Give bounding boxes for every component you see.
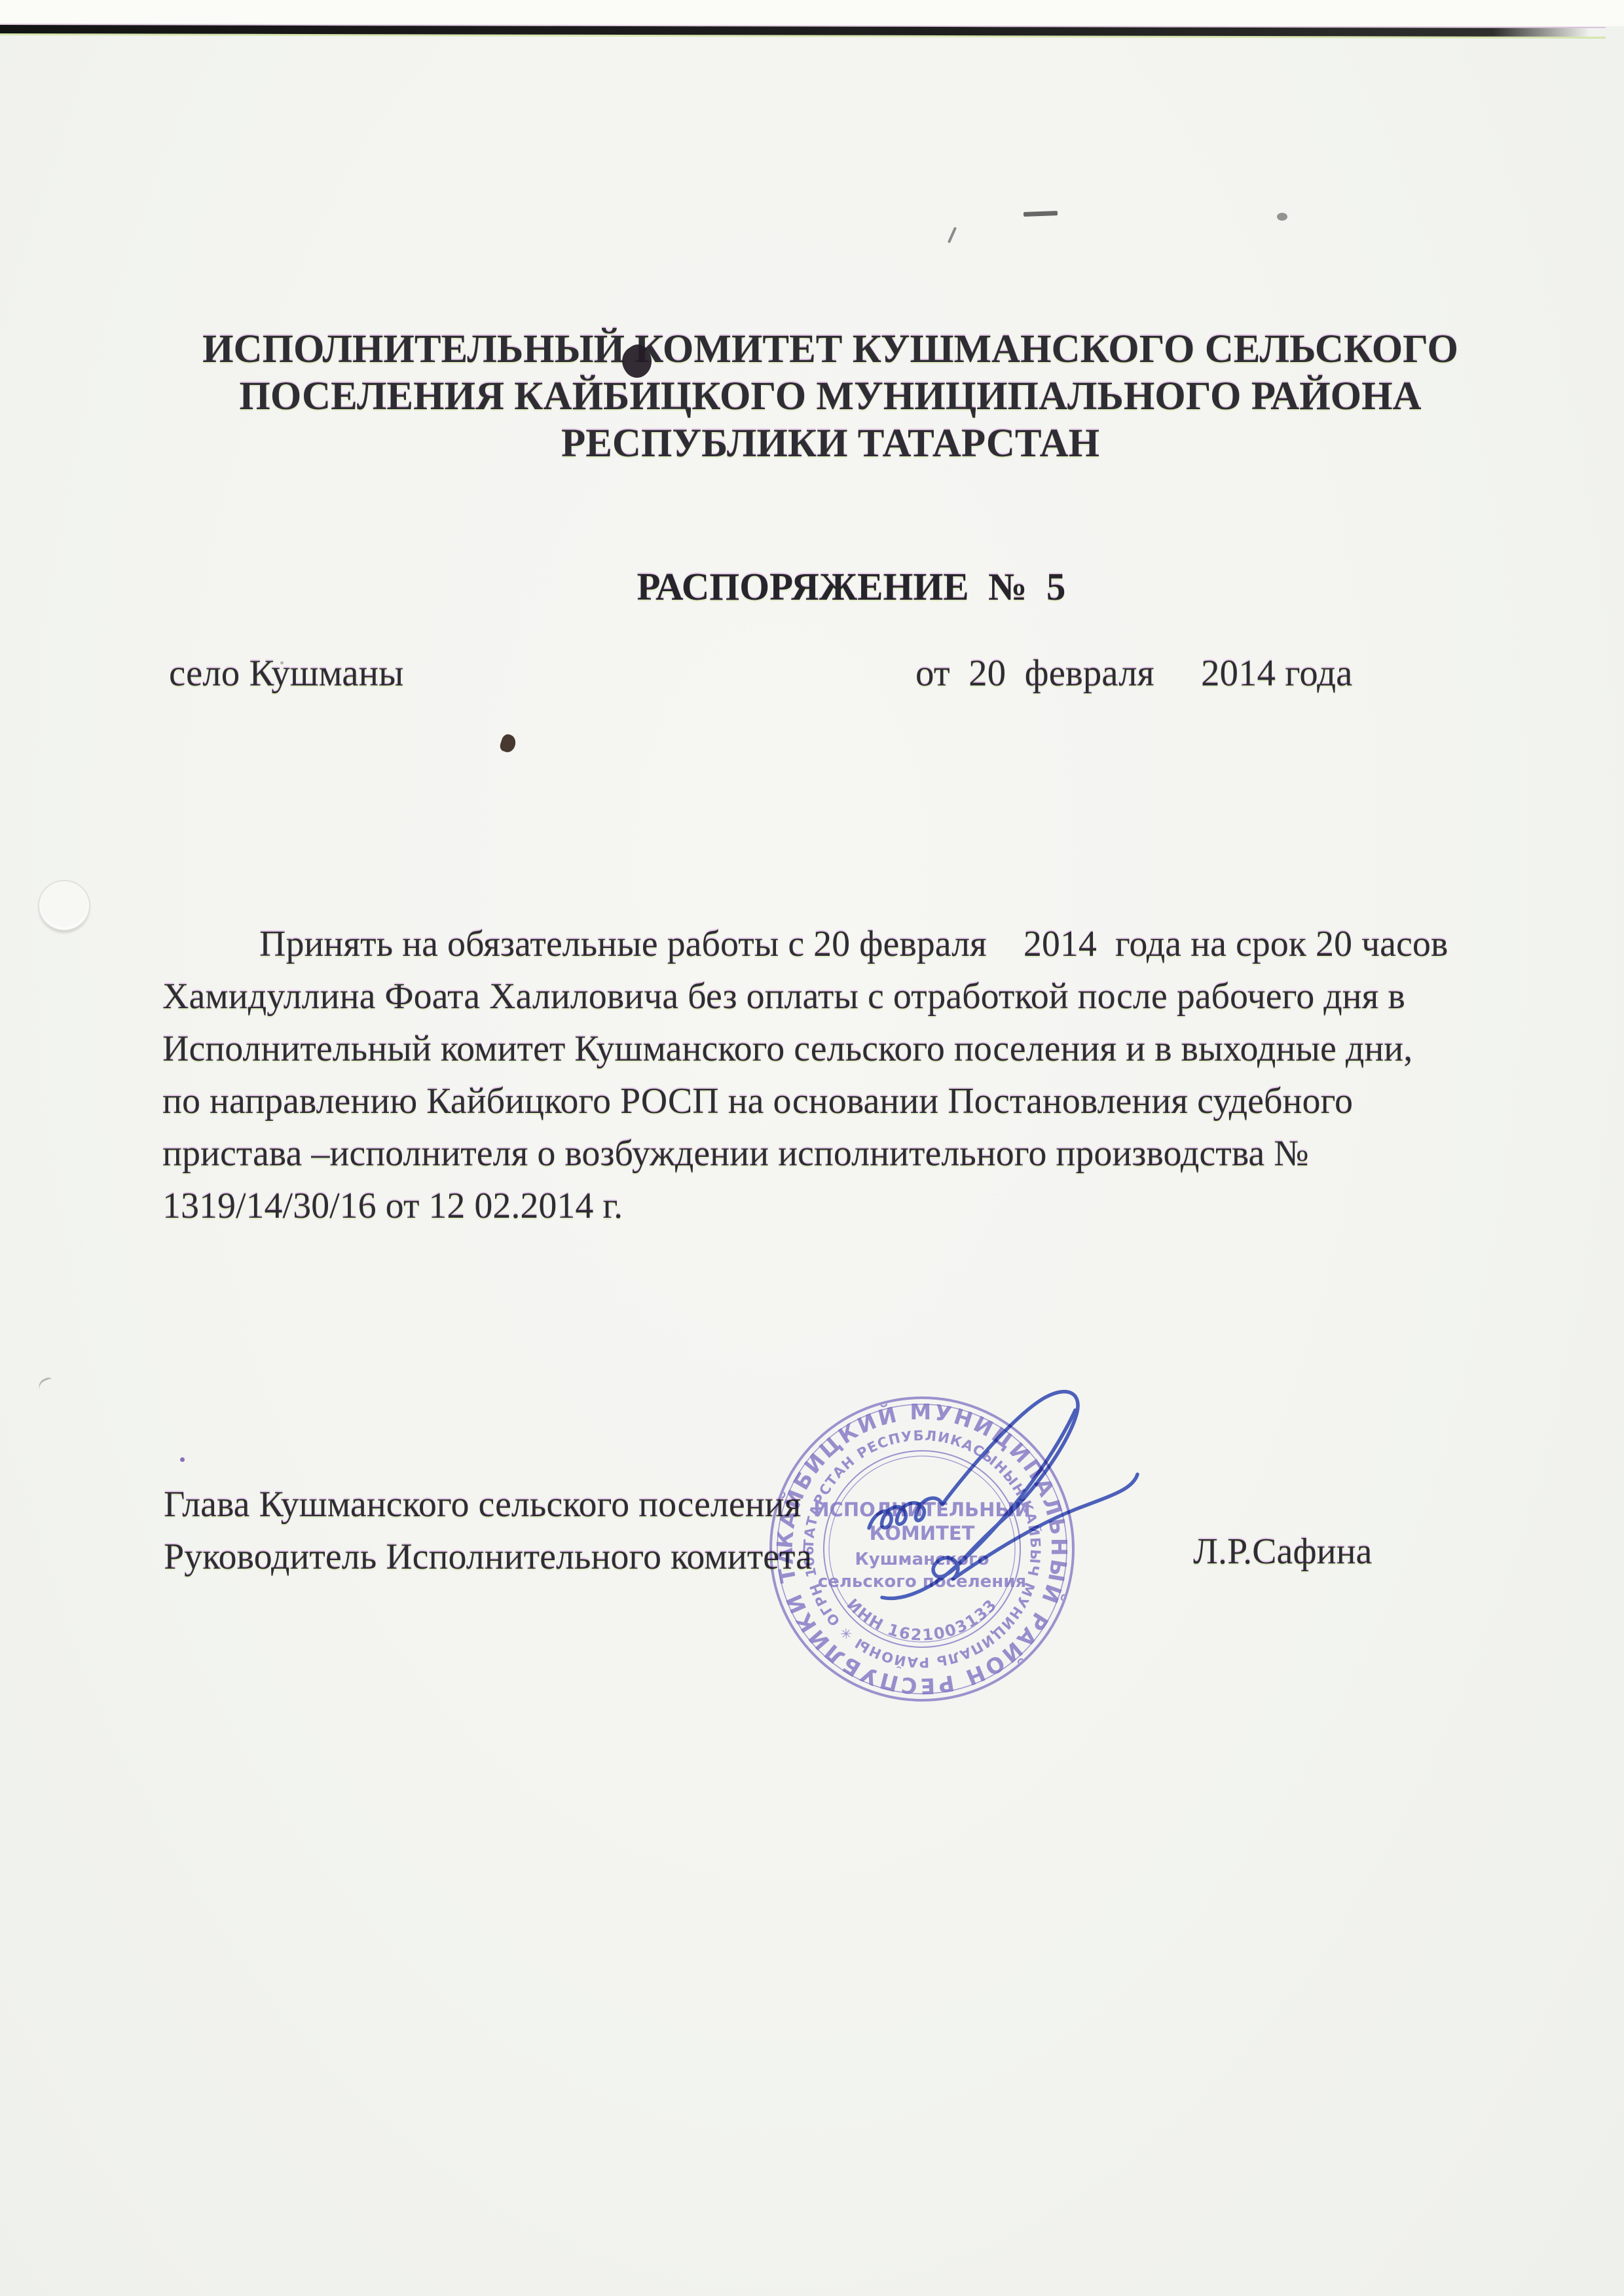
body-line: Хамидуллина Фоата Халиловича без оплаты … (162, 970, 1498, 1023)
scan-speck (180, 1457, 185, 1462)
order-title: РАСПОРЯЖЕНИЕ № 5 (39, 564, 1624, 610)
body-line: Исполнительный комитет Кушманского сельс… (162, 1023, 1498, 1075)
hole-punch-mark (38, 880, 90, 931)
scanner-background-strip (0, 0, 1624, 26)
scan-speck (948, 227, 957, 243)
body-line: Принять на обязательные работы с 20 февр… (162, 918, 1498, 970)
org-title-line-1: ИСПОЛНИТЕЛЬНЫЙ КОМИТЕТ КУШМАНСКОГО СЕЛЬС… (18, 326, 1624, 373)
signature-big-loop (942, 1392, 1078, 1561)
date-label: от 20 февраля 2014 года (915, 652, 1352, 695)
scanner-edge-shadow (0, 25, 1606, 37)
scan-speck (280, 661, 284, 665)
org-title-line-3: РЕСПУБЛИКИ ТАТАРСТАН (18, 420, 1624, 467)
scan-speck (1024, 211, 1058, 217)
org-title-line-2: ПОСЕЛЕНИЯ КАЙБИЦКОГО МУНИЦИПАЛЬНОГО РАЙО… (18, 373, 1624, 420)
signature-small-loops (869, 1498, 942, 1528)
signature-post-line-1: Глава Кушманского сельского поселения (164, 1478, 812, 1531)
signatory-name: Л.Р.Сафина (1193, 1531, 1372, 1573)
place-label: село Кушманы (169, 652, 403, 695)
order-body-paragraph: Принять на обязательные работы с 20 февр… (162, 918, 1498, 1232)
org-title-block: ИСПОЛНИТЕЛЬНЫЙ КОМИТЕТ КУШМАНСКОГО СЕЛЬС… (18, 326, 1624, 467)
handwritten-signature (841, 1383, 1156, 1605)
pencil-squiggle-artifact (36, 1376, 56, 1394)
signature-post-line-2: Руководитель Исполнительного комитета (164, 1531, 812, 1583)
body-line: по направлению Кайбицкого РОСП на основа… (162, 1075, 1498, 1127)
signature-bottom-loop-tail (933, 1474, 1137, 1579)
signature-post-block: Глава Кушманского сельского поселения Ру… (164, 1478, 812, 1583)
scan-speck (1277, 213, 1287, 221)
ink-blob-artifact (498, 733, 517, 754)
body-line: пристава –исполнителя о возбуждении испо… (162, 1127, 1498, 1180)
scanned-document-page: ИСПОЛНИТЕЛЬНЫЙ КОМИТЕТ КУШМАНСКОГО СЕЛЬС… (0, 0, 1624, 2296)
body-line: 1319/14/30/16 от 12 02.2014 г. (162, 1180, 1498, 1232)
